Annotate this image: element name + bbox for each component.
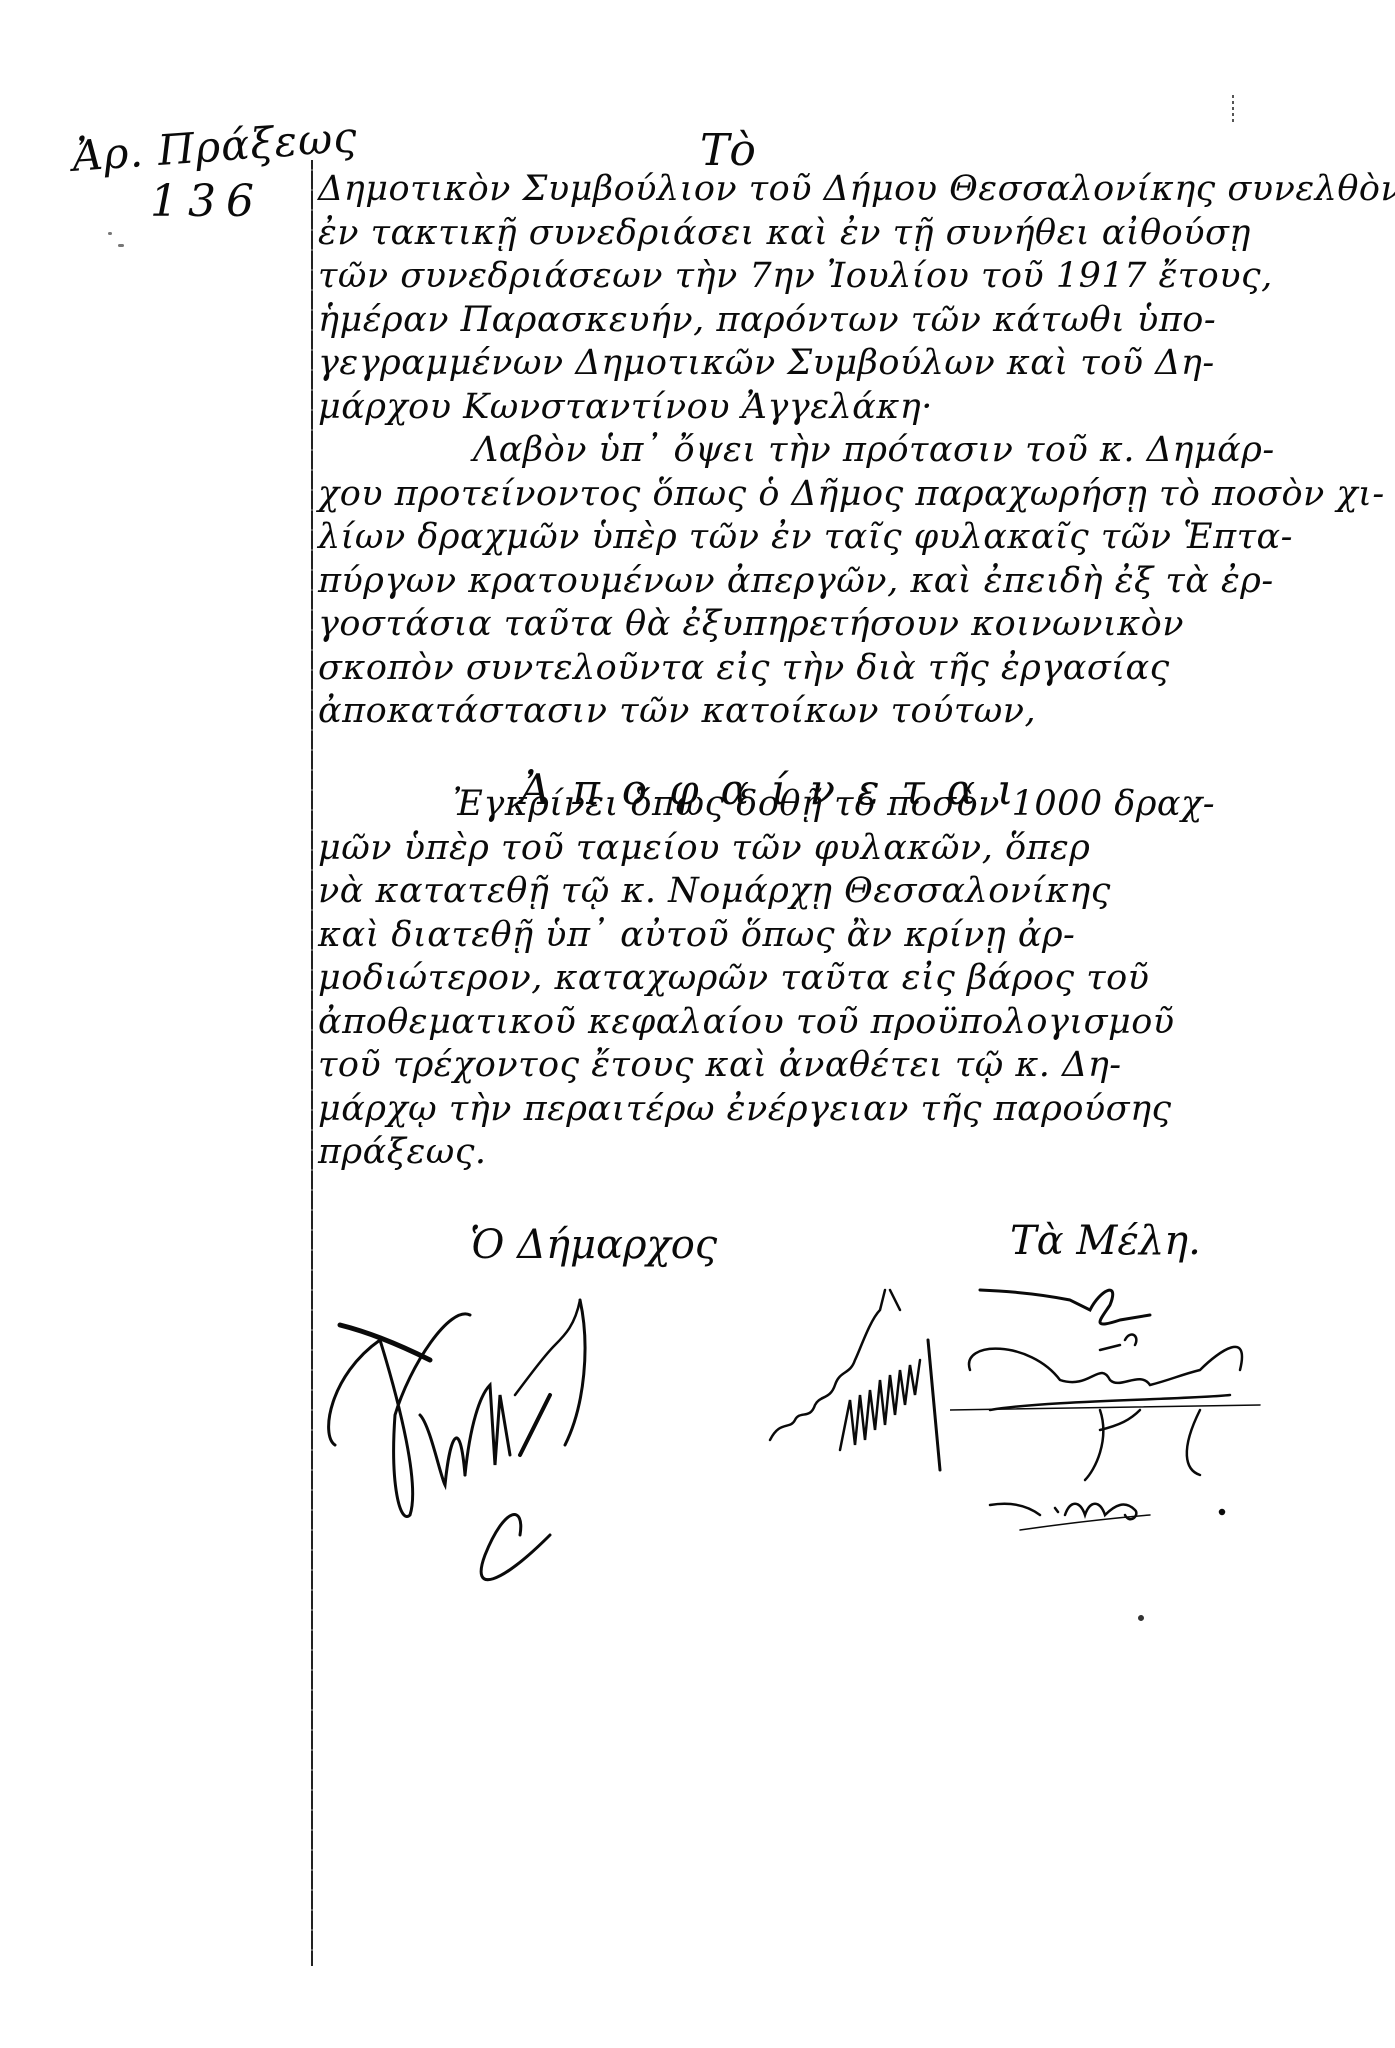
left-margin-rule [311, 160, 313, 1966]
decision-line: μῶν ὑπὲρ τοῦ ταμείου τῶν φυλακῶν, ὅπερ [318, 827, 1318, 869]
scan-speck [118, 244, 124, 247]
body-line: ἡμέραν Παρασκευήν, παρόντων τῶν κάτωθι ὑ… [318, 299, 1318, 341]
scan-speck [108, 232, 112, 235]
document-page: Ἀρ. Πράξεως 136 Τὸ Δημοτικὸν Συμβούλιον … [0, 0, 1395, 2048]
paragraph-line: πύργων κρατουμένων ἀπεργῶν, καὶ ἐπειδὴ ἐ… [318, 560, 1318, 602]
paragraph-line: χου προτείνοντος ὅπως ὁ Δῆμος παραχωρήσῃ… [318, 473, 1318, 515]
paragraph-line: γοστάσια ταῦτα θὰ ἐξυπηρετήσουν κοινωνικ… [318, 603, 1318, 645]
decision-line: πράξεως. [318, 1131, 1318, 1173]
decision-line: ἀποθεματικοῦ κεφαλαίου τοῦ προϋπολογισμο… [318, 1001, 1318, 1043]
body-line: γεγραμμένων Δημοτικῶν Συμβούλων καὶ τοῦ … [318, 342, 1318, 384]
member-signature [760, 1280, 960, 1480]
paragraph-line: σκοπὸν συντελοῦντα εἰς τὴν διὰ τῆς ἐργασ… [318, 647, 1318, 689]
act-number: 136 [150, 180, 264, 224]
body-line: Δημοτικὸν Συμβούλιον τοῦ Δήμου Θεσσαλονί… [318, 168, 1318, 210]
decision-line: καὶ διατεθῇ ὑπ᾽ αὐτοῦ ὅπως ἂν κρίνῃ ἀρ- [318, 914, 1318, 956]
mayor-label: Ὁ Δήμαρχος [470, 1222, 717, 1268]
member-signature-cluster [950, 1260, 1280, 1580]
decision-title: Ἀποφαίνεται [520, 765, 1036, 814]
decision-line: μάρχῳ τὴν περαιτέρω ἐνέργειαν τῆς παρούσ… [318, 1088, 1318, 1130]
document-body: Δημοτικὸν Συμβούλιον τοῦ Δήμου Θεσσαλονί… [318, 168, 1318, 1175]
members-label: Τὰ Μέλη. [1010, 1218, 1201, 1264]
paragraph-line: λίων δραχμῶν ὑπὲρ τῶν ἐν ταῖς φυλακαῖς τ… [318, 516, 1318, 558]
ink-spot [1137, 1614, 1145, 1622]
body-line: τῶν συνεδριάσεων τὴν 7ην Ἰουλίου τοῦ 191… [318, 255, 1318, 297]
scan-artifact [1232, 95, 1234, 125]
body-line: ἐν τακτικῇ συνεδριάσει καὶ ἐν τῇ συνήθει… [318, 212, 1318, 254]
act-number-label: Ἀρ. Πράξεως [71, 116, 359, 178]
decision-line: νὰ κατατεθῇ τῷ κ. Νομάρχῃ Θεσσαλονίκης [318, 870, 1318, 912]
mayor-signature [320, 1285, 620, 1625]
decision-line: μοδιώτερον, καταχωρῶν ταῦτα εἰς βάρος το… [318, 957, 1318, 999]
decision-line: τοῦ τρέχοντος ἔτους καὶ ἀναθέτει τῷ κ. Δ… [318, 1044, 1318, 1086]
paragraph-line: ἀποκατάστασιν τῶν κατοίκων τούτων, [318, 690, 1318, 732]
paragraph-line: Λαβὸν ὑπ᾽ ὄψει τὴν πρότασιν τοῦ κ. Δημάρ… [318, 429, 1318, 471]
body-line: μάρχου Κωνσταντίνου Ἀγγελάκη· [318, 386, 1318, 428]
